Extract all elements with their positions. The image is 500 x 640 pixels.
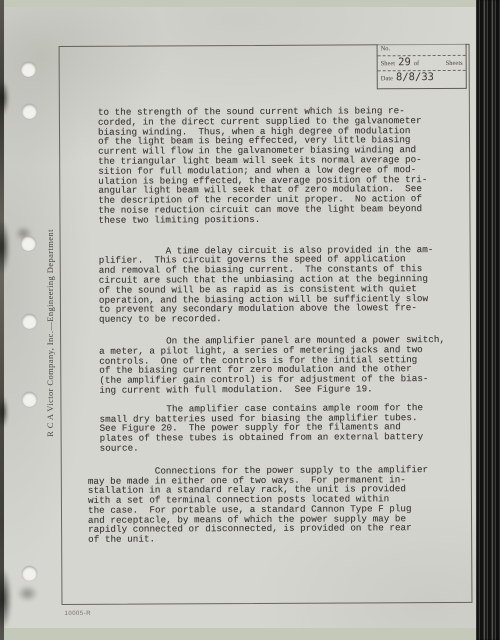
typed-text: to the strength of the sound current whi… (98, 106, 466, 545)
typed-sheet: No. Sheet 29 of Sheets Date 8/8/33 to th… (0, 0, 500, 640)
typed-line: source. (100, 442, 466, 454)
typed-line: plates of these tubes is obtained from a… (100, 432, 466, 444)
typed-line: of the unit. (88, 533, 466, 545)
typed-line: ing current with full modulation. See Fi… (99, 384, 465, 396)
form-code: 10005-R (65, 611, 92, 617)
paragraph: to the strength of the sound current whi… (98, 106, 465, 225)
of-label: of (414, 60, 419, 67)
paragraph: Connections for the power supply to the … (88, 465, 466, 545)
no-row: No. (378, 44, 466, 56)
paragraph: On the amplifier panel are mounted a pow… (99, 335, 465, 396)
sheets-label: Sheets (446, 60, 463, 67)
typed-line: these two limiting positions. (98, 214, 464, 226)
date-label: Date (381, 75, 393, 82)
sheet-number: 29 (398, 57, 411, 68)
no-label: No. (381, 45, 391, 52)
paragraph: The amplifier case contains ample room f… (99, 403, 465, 454)
sheet-info-box: No. Sheet 29 of Sheets Date 8/8/33 (377, 44, 467, 89)
scan-right-band (476, 0, 500, 640)
sheet-label: Sheet (381, 60, 395, 67)
paragraph: A time delay circuit is also provided in… (99, 244, 465, 324)
typed-line: quency to be recorded. (99, 313, 465, 325)
date-row: Date 8/8/33 (378, 71, 466, 87)
sheet-row: Sheet 29 of Sheets (378, 56, 466, 71)
date-value: 8/8/33 (396, 72, 434, 83)
